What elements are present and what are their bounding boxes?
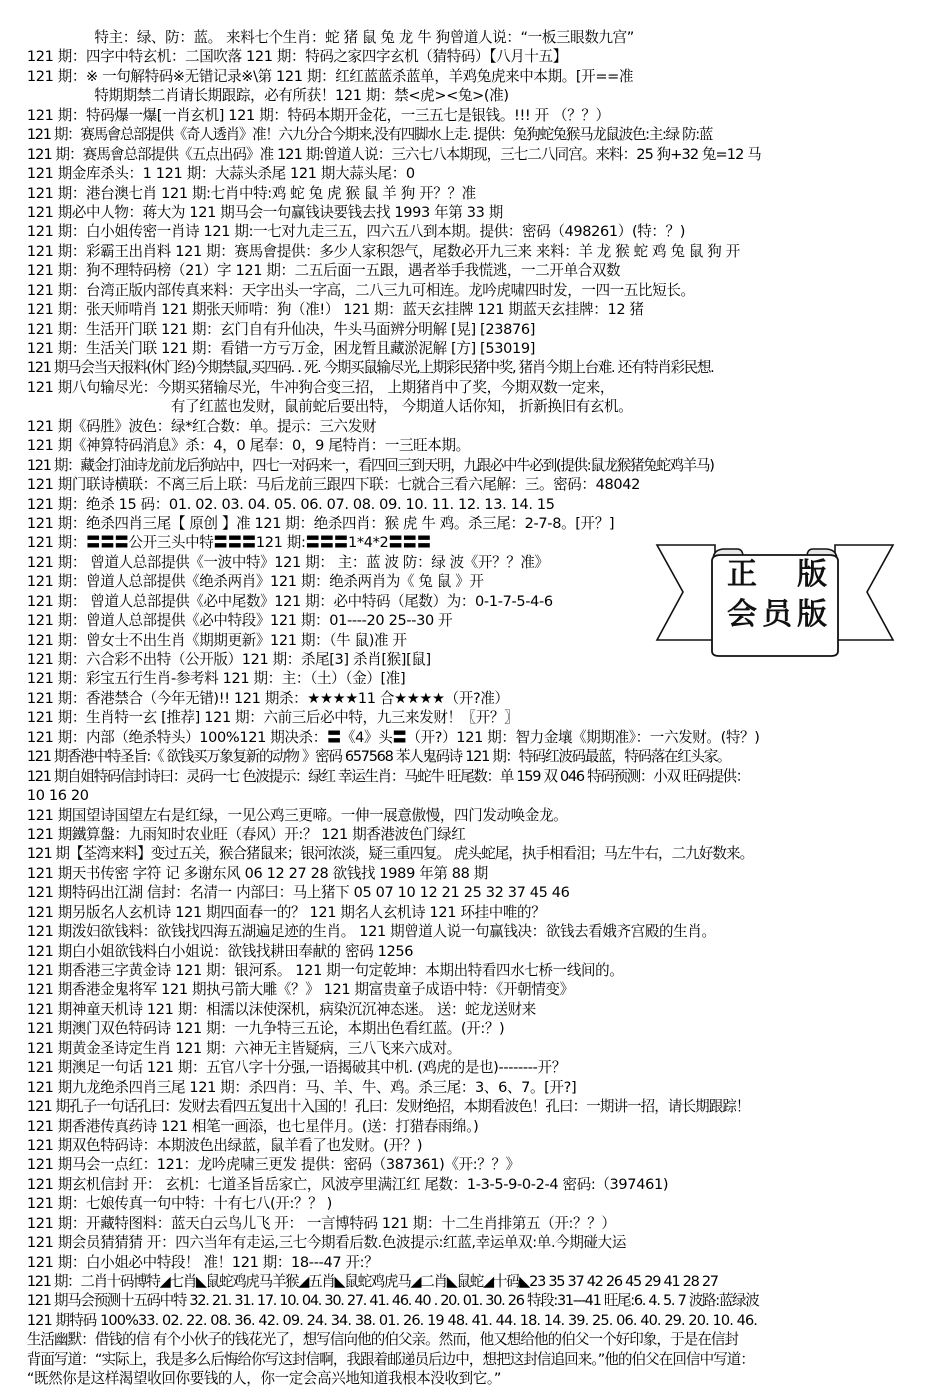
text-line: 121 期会员猜猜猜 开：四六当年有走运,三七今期看后数.色波提示:红蓝,幸运单…: [0, 1233, 945, 1252]
text-line: 121 期：开藏特图料：蓝天白云鸟儿飞 开： 一言博特码 121 期：十二生肖排…: [0, 1214, 945, 1233]
text-line: 121 期：二肖十码博特◢七肖◣鼠蛇鸡虎马羊猴◢五肖◣鼠蛇鸡虎马◢二肖◣鼠蛇◢十…: [0, 1272, 945, 1291]
text-line: 121 期天书传密 字符 记 多谢东风 06 12 27 28 欲钱找 1989…: [0, 864, 945, 883]
text-line: 121 期：内部（绝杀特头）100%121 期决杀：〓《4》头〓（开?）121 …: [0, 728, 945, 747]
text-line: 121 期香港三字黄金诗 121 期：银河系。 121 期一句定乾坤：本期出特看…: [0, 961, 945, 980]
text-line: 121 期：彩宝五行生肖-参考料 121 期：主：（土）（金）[准]: [0, 669, 945, 688]
text-line: 121 期：白小姐必中特段！ 准！121 期：18---47 开:？: [0, 1253, 945, 1272]
text-line: 121 期：绝杀四肖三尾【 原创 】准 121 期：绝杀四肖：猴 虎 牛 鸡。杀…: [0, 514, 945, 533]
text-line: 121 期：彩霸王出肖料 121 期：赛馬會提供：多少人家积怨气，尾数必开九三来…: [0, 242, 945, 261]
text-line: 121 期：特码爆一爆[一肖玄机] 121 期：特码本期开金花，一三五七是银钱。…: [0, 106, 945, 125]
text-line: 121 期：七娘传真一句中特：十有七八(开:？？ ): [0, 1194, 945, 1213]
text-line: 121 期马会一点红：121：龙吟虎啸三更发 提供：密码（387361)《开:？…: [0, 1155, 945, 1174]
text-line: 121 期：台湾正版内部传真来料：天字出头一字高，二八三九可相连。龙吟虎啸四时发…: [0, 281, 945, 300]
text-line: 121 期必中人物：蒋大为 121 期马会一句赢钱诀要钱去找 1993 年第 3…: [0, 203, 945, 222]
text-line: 121 期鐵算盤：九雨知时农业旺（春风）开:？ 121 期香港波色门绿红: [0, 825, 945, 844]
text-line: 121 期八句输尽光：今期买猪输尽光，牛冲狗合变三招， 上期猪肖中了奖，今期双数…: [0, 378, 945, 397]
text-line: 121 期澳足一句话 121 期：五官八字十分强,一语揭破其中机. (鸡虎的是也…: [0, 1058, 945, 1077]
text-line: 121 期：生活开门联 121 期：玄门自有升仙决，牛头马面辨分明解 [晃] […: [0, 320, 945, 339]
text-line: 121 期：※ 一句解特码※无错记录※\第 121 期：红红蓝蓝杀蓝单，羊鸡兔虎…: [0, 67, 945, 86]
badge-char: 版: [797, 595, 827, 635]
text-line: 121 期香港中特圣旨:《 欲钱买万象复新的动物 》密码 657568 苯人鬼码…: [0, 747, 945, 766]
document-body: 特主：绿、防：蓝。 来料七个生肖：蛇 猪 鼠 兔 龙 牛 狗曾道人说：“一板三眼…: [0, 28, 951, 1388]
badge-row-2: 会 员 版: [721, 595, 833, 635]
text-line: 121 期：狗不理特码榜（21）字 121 期：二五后面一五跟，遇者举手我慌逃，…: [0, 261, 945, 280]
text-line: 121 期白小姐欲钱料白小姐说：欲钱找耕田奉献的 密码 1256: [0, 942, 945, 961]
text-line: 121 期双色特码诗：本期波色出绿蓝，鼠羊看了也发财。(开？): [0, 1136, 945, 1155]
text-line: 121 期香港金鬼将军 121 期执弓箭大雕《？》 121 期富贵童子成语中特：…: [0, 980, 945, 999]
text-line: 特主：绿、防：蓝。 来料七个生肖：蛇 猪 鼠 兔 龙 牛 狗曾道人说：“一板三眼…: [0, 28, 945, 47]
text-line: “既然你是这样渴望收回你要钱的人，你一定会高兴地知道我根本没收到它。”: [0, 1369, 945, 1388]
text-line: 有了红蓝也发财，鼠前蛇后要出特， 今期道人话你知， 折新换旧有玄机。: [0, 397, 945, 416]
text-line: 121 期：白小姐传密一肖诗 121 期:一七对九走三五，四六五八到本期。提供：…: [0, 222, 945, 241]
text-line: 121 期《神算特码消息》杀：4，0 尾奉：0，9 尾特肖：一三旺本期。: [0, 436, 945, 455]
text-line: 121 期：港台澳七肖 121 期:七肖中特:鸡 蛇 兔 虎 猴 鼠 羊 狗 开…: [0, 184, 945, 203]
text-line: 121 期自姐特码信封诗曰：灵码一七 色波提示：绿红 幸运生肖：马蛇牛 旺尾数：…: [0, 767, 945, 786]
text-line: 121 期黄金圣诗定生肖 121 期：六神无主皆疑病，三八飞来六成对。: [0, 1039, 945, 1058]
text-line: 121 期【荃湾来料】变过五关，猴合猪鼠来；银河浓淡，疑三重四复。 虎头蛇尾，执…: [0, 844, 945, 863]
text-line: 121 期国望诗国望左右是红绿，一见公鸡三更啼。一伸一展意傲慢，四门发动唤金龙。: [0, 806, 945, 825]
badge-text: 正 版 会 员 版: [721, 555, 833, 635]
text-line: 121 期香港传真药诗 121 相笔一画添，也七星伴月。(送：打猎春雨绵。): [0, 1117, 945, 1136]
text-line: 121 期玄机信封 开： 玄机：七道圣旨岳家亡，风波亭里满江红 尾数：1-3-5…: [0, 1175, 945, 1194]
text-line: 121 期金库杀头：1 121 期：大蒜头杀尾 121 期大蒜头尾：0: [0, 164, 945, 183]
text-line: 121 期：生肖特一玄 [推荐] 121 期：六前三后必中特，九三来发财！〖开？…: [0, 708, 945, 727]
text-line: 121 期特码 100%33. 02. 22. 08. 36. 42. 09. …: [0, 1311, 945, 1330]
text-line: 121 期：四字中特玄机：二国吹落 121 期：特码之家四字玄机（猜特码）【八月…: [0, 47, 945, 66]
text-line: 121 期神童天机诗 121 期：相濡以沫使深机，病染沉沉神态迷。 送：蛇龙送财…: [0, 1000, 945, 1019]
text-line: 121 期孔子一句话孔曰：发财去看四五复出十入国的！孔曰：发财绝招，本期看波色！…: [0, 1097, 945, 1116]
text-line: 121 期另版名人玄机诗 121 期四面春一的？ 121 期名人玄机诗 121 …: [0, 903, 945, 922]
text-line: 背面写道：“实际上，我是多么后悔给你写这封信啊，我跟着邮递员后边中，想把这封信追…: [0, 1350, 945, 1369]
text-line: 121 期九龙绝杀四肖三尾 121 期：杀四肖：马、羊、牛、鸡。杀三尾：3、6、…: [0, 1078, 945, 1097]
text-line: 121 期马会当天报料(休门经)今期禁鼠,买四码. . 死. 今期买鼠输尽光,上…: [0, 358, 945, 377]
text-line: 121 期：赛馬會总部提供《奇人透肖》准！六九分合今期来,没有四脚水上走. 提供…: [0, 125, 945, 144]
text-line: 121 期马会预测十五码中特 32. 21. 31. 17. 10. 04. 3…: [0, 1291, 945, 1310]
text-line: 121 期：张天师啃肖 121 期张天师啃：狗（准!） 121 期：蓝天玄挂牌 …: [0, 300, 945, 319]
text-line: 121 期澳门双色特码诗 121 期：一九争特三五论，本期出色看红蓝。(开:？): [0, 1019, 945, 1038]
text-line: 121 期门联诗横联：不离三后上联：马后龙前三跟四下联：七就合三看六尾解：三。密…: [0, 475, 945, 494]
badge-char: 版: [797, 555, 827, 595]
text-line: 121 期泼妇欲钱料：欲钱找四海五湖遍足迹的生肖。 121 期曾道人说一句赢钱决…: [0, 922, 945, 941]
text-line: 121 期：香港禁合（今年无错)!! 121 期杀：★★★★11 合★★★★（开…: [0, 689, 945, 708]
text-line: 121 期：藏金打油诗龙前龙后狗站中，四七一对码来一，看四回三到天明，九跟必中牛…: [0, 456, 945, 475]
official-member-edition-badge: 正 版 会 员 版: [655, 535, 895, 660]
badge-char: 正: [727, 555, 757, 595]
text-line: 121 期：绝杀 15 码：01. 02. 03. 04. 05. 06. 07…: [0, 495, 945, 514]
badge-row-1: 正 版: [721, 555, 833, 595]
text-line: 10 16 20: [0, 786, 945, 805]
text-line: 121 期：生活关门联 121 期：看错一方亏万金，困龙暂且藏淤泥解 [方] […: [0, 339, 945, 358]
text-line: 生活幽默：借钱的信 有个小伙子的钱花光了，想写信向他的伯父亲。然而，他又想给他的…: [0, 1330, 945, 1349]
text-line: 特期期禁二肖请长期跟踪，必有所获！121 期：禁<虎><兔>(准): [0, 86, 945, 105]
text-line: 121 期：赛馬會总部提供《五点出码》准 121 期:曾道人说：三六七八本期现，…: [0, 145, 945, 164]
badge-char: 员: [762, 595, 792, 635]
text-line: 121 期特码出江湖 信封：名清一 内部曰：马上猪下 05 07 10 12 2…: [0, 883, 945, 902]
badge-char: 会: [727, 595, 757, 635]
text-line: 121 期《码胜》波色：绿*红合数：单。提示：三六发财: [0, 417, 945, 436]
